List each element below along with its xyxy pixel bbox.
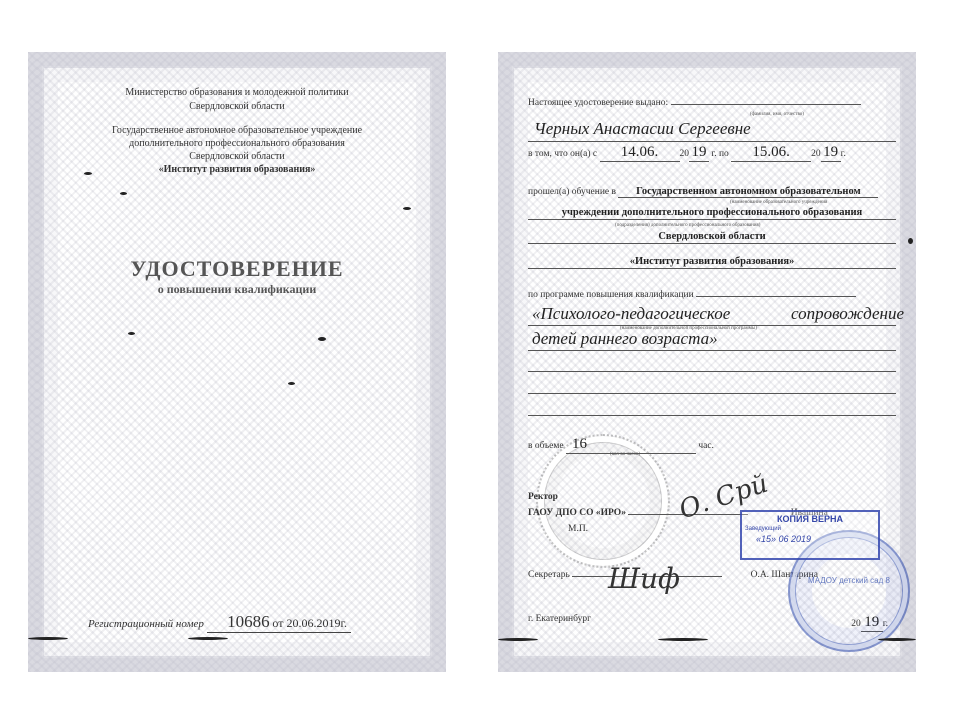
issued-caption: (фамилия, имя, отчество) [750,112,804,117]
blank-line [528,414,896,416]
program-name-part-1: «Психолого-педагогическое [532,304,730,323]
city: г. Екатеринбург [528,614,591,624]
training-org-line-1: Государственном автономном образовательн… [618,186,878,198]
institution-name: «Институт развития образования» [50,163,424,176]
year-from: 19 [692,144,707,160]
copy-stamp-role: Заведующий [745,526,878,532]
institution-header: Государственное автономное образовательн… [50,124,424,176]
program-name-part-2: сопровождение [791,304,904,324]
registration-date: от 20.06.2019г. [272,616,347,630]
scan-artifact [908,238,913,244]
copy-stamp-title: КОПИЯ ВЕРНА [742,514,878,524]
training-org-line-3: Свердловской области [528,231,896,244]
date-to: 15.06. [752,144,790,160]
document-subtitle: о повышении квалификации [50,282,424,297]
program-label-row: по программе повышения квалификации [528,290,896,300]
year-to: 19 [823,144,838,160]
scan-artifact [403,207,411,210]
scan-artifact [658,638,708,641]
rector-label-2: ГАОУ ДПО СО «ИРО» [528,508,626,518]
training-row: прошел(а) обучение в Государственном авт… [528,186,896,198]
institution-line-2: дополнительного профессионального образо… [50,137,424,150]
training-org-line-4: «Институт развития образования» [528,256,896,269]
registration-label: Регистрационный номер [88,618,204,630]
ministry-line-1: Министерство образования и молодежной по… [50,86,424,100]
issued-label: Настоящее удостоверение выдано: [528,98,668,108]
program-name-part-3: детей раннего возраста» [532,329,718,348]
registration-number: 10686 [227,612,270,631]
scan-artifact [288,382,295,385]
scan-artifact [498,638,538,641]
scan-artifact [28,637,68,640]
certificate-cover-page: Министерство образования и молодежной по… [28,52,446,672]
registration-number-row: Регистрационный номер 10686 от 20.06.201… [88,612,351,633]
copy-stamp-date: «15» 06 2019 [756,534,878,544]
ministry-line-2: Свердловской области [50,100,424,114]
scan-artifact [128,332,135,335]
scan-artifact [120,192,127,195]
volume-hours: 16 [572,436,587,452]
certificate-details-page: Настоящее удостоверение выдано: (фамилия… [498,52,916,672]
scan-artifact [318,337,326,341]
volume-caption: (кол-во часов) [610,452,640,457]
program-label: по программе повышения квалификации [528,290,694,300]
secretary-label: Секретарь [528,570,570,580]
training-label: прошел(а) обучение в [528,187,616,197]
institution-line-1: Государственное автономное образовательн… [50,124,424,137]
document-title: УДОСТОВЕРЕНИЕ [50,256,424,282]
registration-field: 10686 от 20.06.2019г. [207,612,351,633]
to-label: г. по [711,149,728,159]
issued-to-row: Настоящее удостоверение выдано: [528,98,896,108]
recipient-name: Черных Анастасии Сергеевне [534,119,751,138]
training-caption-2: (подразделения) дополнительного професси… [615,223,760,228]
copy-certified-stamp: КОПИЯ ВЕРНА Заведующий «15» 06 2019 [740,510,880,560]
date-from: 14.06. [621,144,659,160]
ministry-header: Министерство образования и молодежной по… [50,86,424,114]
training-caption-1: (наименование образовательного учреждени… [730,200,827,205]
institution-line-3: Свердловской области [50,150,424,163]
blank-line [528,370,896,372]
program-line-2: детей раннего возраста» [528,329,896,351]
scan-artifact [878,638,916,641]
recipient-name-field: Черных Анастасии Сергеевне [528,119,896,142]
period-row: в том, что он(а) с 14.06.2019 г. по 15.0… [528,144,896,162]
secretary-signature: Шиф [608,562,680,595]
scan-artifact [188,637,228,640]
training-org-line-2: учреждении дополнительного профессиональ… [528,207,896,220]
volume-row: в объеме 16 час. [528,436,896,454]
period-prefix: в том, что он(а) с [528,149,597,159]
scan-artifact [84,172,92,175]
volume-unit: час. [698,441,714,451]
round-seal-text: МАДОУ детский сад 8 [790,576,908,585]
program-line-1: «Психолого-педагогическое сопровождение [528,304,896,326]
volume-label: в объеме [528,441,564,451]
blank-line [528,392,896,394]
